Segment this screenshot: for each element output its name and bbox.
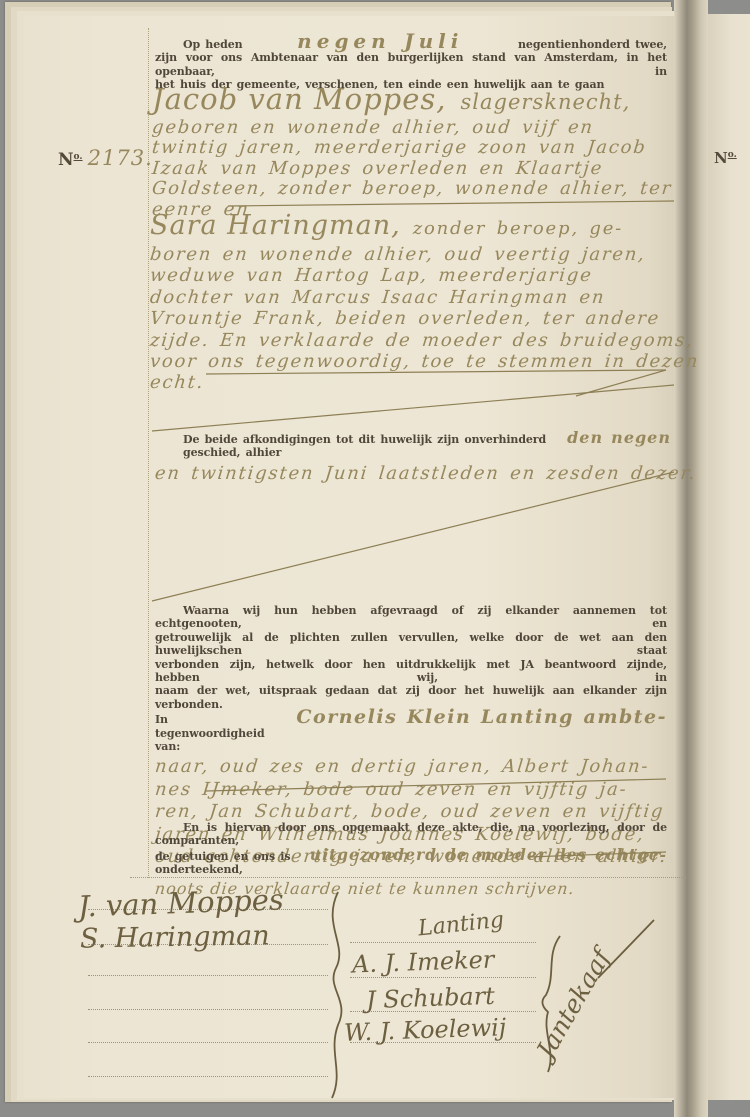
scanned-register-photo: { "colors":{"page":"#ece5d3","print_ink"… bbox=[0, 0, 750, 1117]
groom-details: geboren en wonende alhier, oud vijf en t… bbox=[152, 118, 674, 220]
groom-occupation: slagersknecht, bbox=[461, 90, 631, 114]
register-next-page-edge bbox=[708, 14, 750, 1100]
groom-name: Jacob van Moppes, bbox=[152, 82, 447, 116]
groom-name-line: Jacob van Moppes, slagersknecht, bbox=[152, 82, 674, 116]
proclamation-date-start: den negen bbox=[567, 431, 671, 444]
proclamation-date-rest: en twintigsten Juni laatstleden en zesde… bbox=[154, 463, 672, 484]
signature-line bbox=[88, 1009, 328, 1010]
signature-line bbox=[88, 1042, 328, 1043]
signature-bride: S. Haringman bbox=[80, 920, 270, 954]
vows-line-1: Waarna wij hun hebben afgevraagd of zij … bbox=[155, 604, 667, 631]
act-number: No. 2173. bbox=[58, 146, 153, 170]
intro-line-1: Op heden negen Juli negentienhonderd twe… bbox=[155, 38, 667, 51]
next-page-act-number: No. bbox=[714, 148, 737, 167]
intro-op-heden: Op heden bbox=[155, 38, 243, 51]
bride-name-line: Sara Haringman, zonder beroep, ge- bbox=[150, 210, 678, 241]
signature-witness-schubart: J Schubart bbox=[366, 982, 496, 1014]
bride-entry: Sara Haringman, zonder beroep, ge- boren… bbox=[150, 210, 678, 394]
proclamations-section: De beide afkondigingen tot dit huwelijk … bbox=[155, 431, 671, 484]
groom-entry: Jacob van Moppes, slagersknecht, geboren… bbox=[152, 82, 674, 220]
vows-line-5: In tegenwoordigheid van: Cornelis Klein … bbox=[155, 711, 667, 753]
signature-line bbox=[88, 975, 328, 976]
closing-line-2: de getuigen en ons is onderteekend, uitg… bbox=[155, 848, 667, 877]
signature-witness-imeker: A. J. Imeker bbox=[352, 946, 495, 979]
act-number-value: 2173. bbox=[88, 146, 153, 170]
closing-line-1: En is hiervan door ons opgemaakt deze ak… bbox=[155, 821, 667, 848]
bride-details: boren en wonende alhier, oud veertig jar… bbox=[150, 244, 678, 394]
signature-witness-koelewij: W. J. Koelewij bbox=[344, 1013, 507, 1047]
proclamations-printed-line: De beide afkondigingen tot dit huwelijk … bbox=[155, 431, 671, 460]
signature-line bbox=[88, 1076, 328, 1077]
handwritten-date: negen Juli bbox=[297, 35, 463, 48]
intro-year: negentienhonderd twee, bbox=[518, 38, 667, 51]
no-label: No. bbox=[58, 150, 83, 170]
intro-line-2: zijn voor ons Ambtenaar van den burgerli… bbox=[155, 51, 667, 78]
bride-first-line-rest: zonder beroep, ge- bbox=[413, 218, 623, 239]
bride-name: Sara Haringman, bbox=[150, 210, 401, 241]
closing-exception-start: uitgezonderd de moeder des echtge- bbox=[310, 848, 667, 861]
signature-groom: J. van Moppes bbox=[77, 882, 284, 923]
book-gutter bbox=[674, 0, 708, 1117]
vows-line-3: verbonden zijn, hetwelk door hen uitdruk… bbox=[155, 658, 667, 685]
signature-line bbox=[350, 942, 536, 943]
vows-line-2: getrouwelijk al de plichten zullen vervu… bbox=[155, 631, 667, 658]
witness-text-start: Cornelis Klein Lanting ambte- bbox=[296, 711, 667, 724]
